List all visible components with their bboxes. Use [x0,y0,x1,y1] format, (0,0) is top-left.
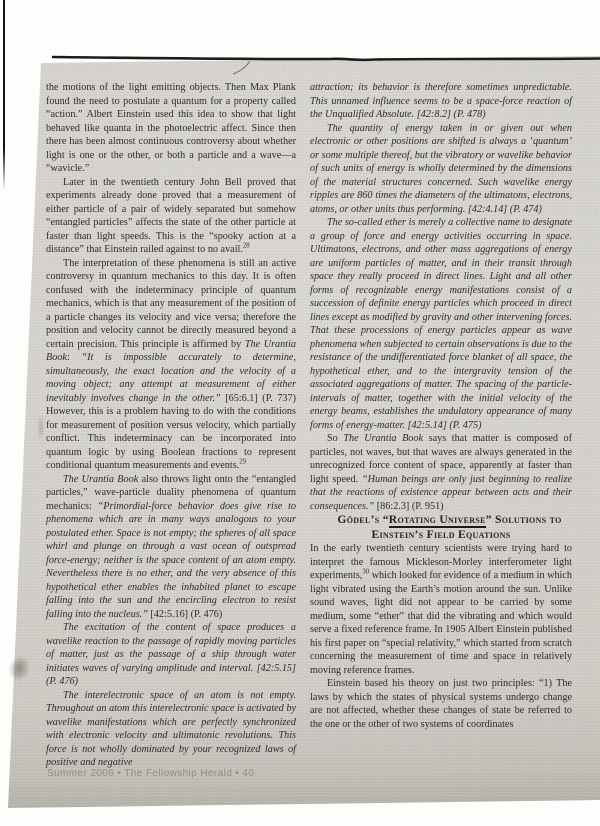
paragraph: In the early twentieth century scientist… [310,542,572,677]
paragraph-text: So [327,433,343,444]
paragraph-text: which looked for evidence of a medium in… [310,570,572,676]
paragraph: The excitation of the content of space p… [46,621,296,689]
right-column: attraction; its behavior is therefore so… [310,81,572,770]
quotation: The quantity of energy taken in or given… [310,123,572,215]
quotation: The excitation of the content of space p… [46,622,296,687]
paragraph-text: : [67,352,81,363]
quotation: The so-called ether is merely a collecti… [310,217,572,431]
paragraph: The interelectronic space of an atom is … [46,689,296,770]
book-title: The Urantia Book [343,433,423,444]
footnote-ref: 29 [239,459,246,466]
paragraph-text: The interpretation of these phenomena is… [46,258,296,350]
footnote-ref: 28 [243,243,250,250]
section-heading: Gödel’s “Rotating Universe” Solutions to… [310,513,572,542]
scanner-edge-line [3,0,5,190]
book-title: The Urantia Book [63,474,138,485]
paragraph: Einstein based his theory on just two pr… [310,677,572,731]
paragraph: The interpretation of these phenomena is… [46,257,296,473]
heading-text: ” Solutions to [486,513,562,526]
ink-smudge-small [37,408,45,448]
paragraph: The Urantia Book also throws light onto … [46,473,296,622]
heading-text: Einstein’s Field Equations [371,528,510,541]
citation: [86:2.3] (P. 951) [374,501,443,512]
paragraph: attraction; its behavior is therefore so… [310,81,572,122]
left-column: the motions of the light emitting object… [46,81,296,770]
paragraph-text: [65:6.1] (P. 737) However, this is a pro… [46,393,296,472]
citation: [42:5.16] (P. 476) [148,609,222,620]
paragraph-text: the motions of the light emitting object… [46,82,296,174]
heading-text: Gödel’s “ [337,513,388,526]
page-body: the motions of the light emitting object… [46,81,572,770]
heading-underlined-text: Rotating Universe [389,513,486,528]
quotation: attraction; its behavior is therefore so… [310,82,572,120]
paragraph-text: Einstein based his theory on just two pr… [310,678,572,730]
paragraph-text: Later in the twentieth century John Bell… [46,177,296,256]
quotation: “Primordial-force behavior does give ris… [46,501,296,620]
paragraph: So The Urantia Book says that matter is … [310,432,572,513]
paragraph: The quantity of energy taken in or given… [310,122,572,217]
paragraph: Later in the twentieth century John Bell… [46,176,296,257]
footer-line: Summer 2006 • The Fellowship Herald • 40 [47,768,254,779]
paragraph: The so-called ether is merely a collecti… [310,216,572,432]
paragraph: the motions of the light emitting object… [46,81,296,176]
quotation: The interelectronic space of an atom is … [46,690,296,769]
